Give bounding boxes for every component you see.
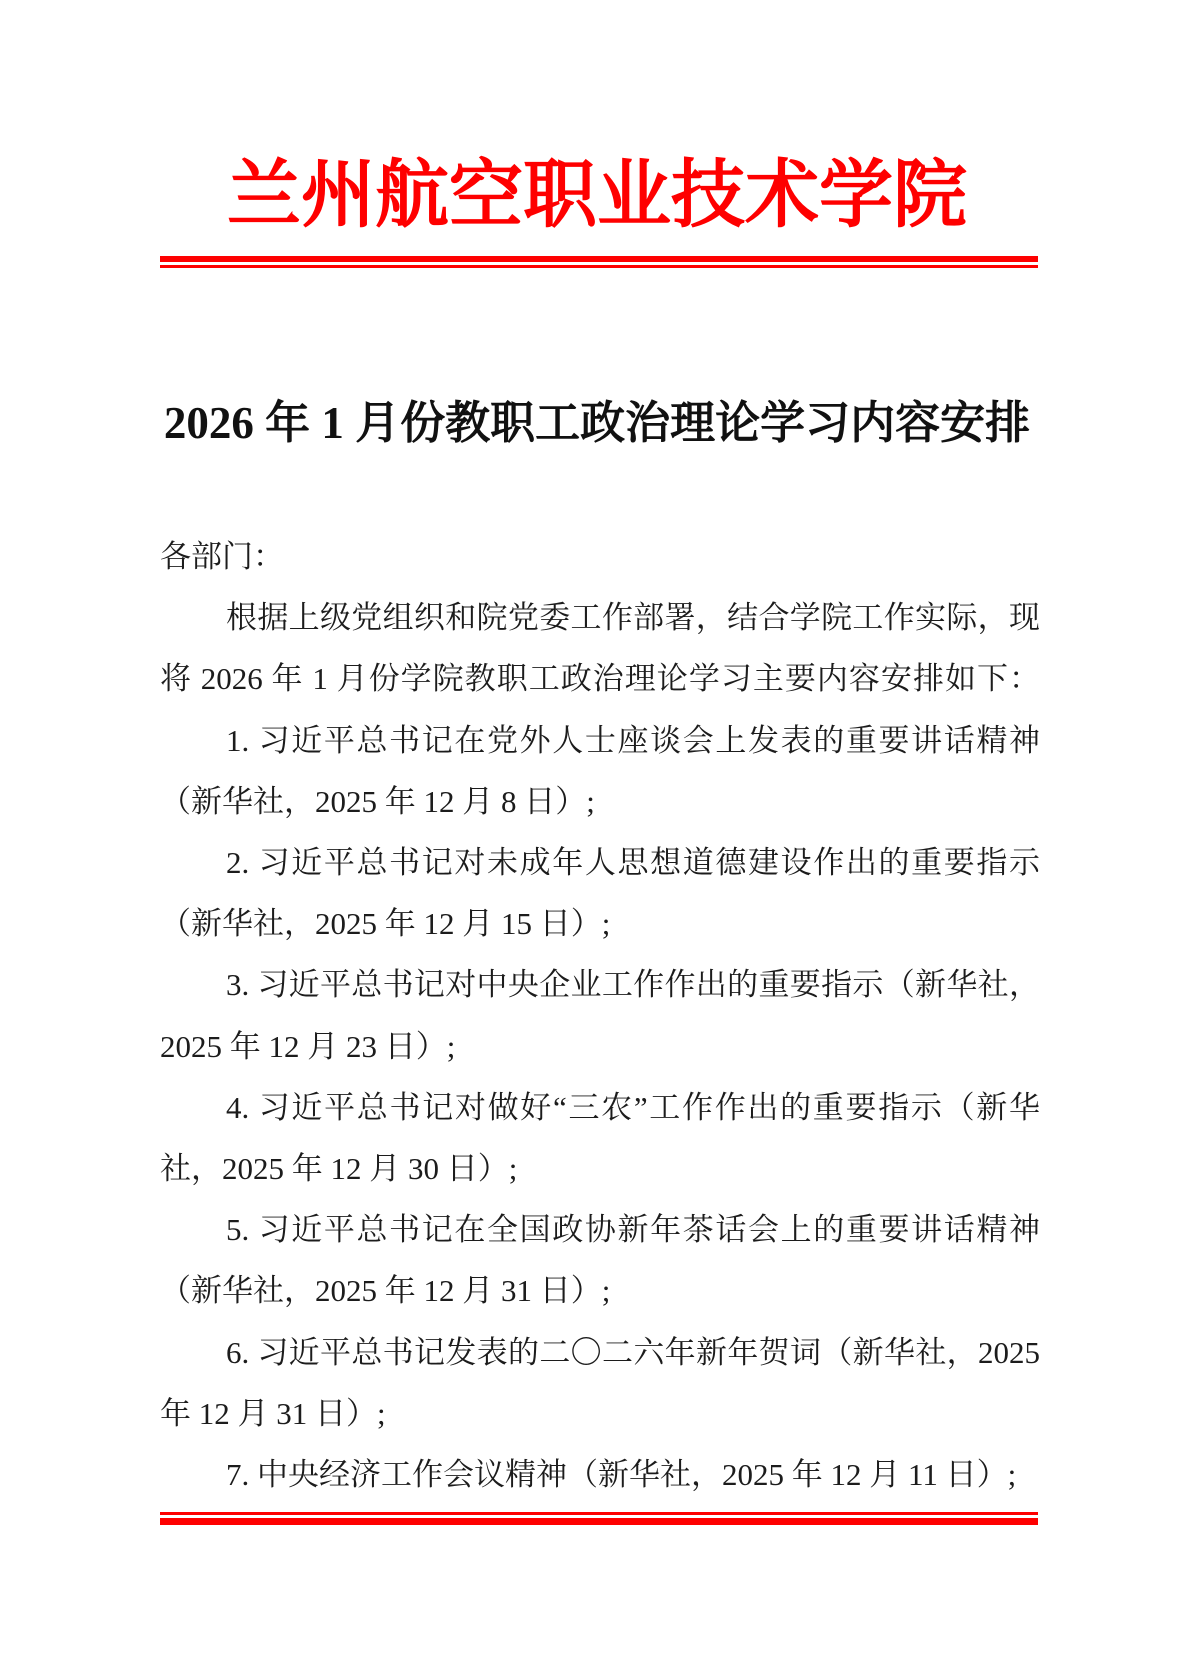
document-body: 各部门：根据上级党组织和院党委工作部署，结合学院工作实际，现将 2026 年 1… xyxy=(160,526,1040,1505)
body-line: 2. 习近平总书记对未成年人思想道德建设作出的重要指示 xyxy=(160,832,1040,893)
body-line: 6. 习近平总书记发表的二〇二六年新年贺词（新华社，2025 xyxy=(160,1322,1040,1383)
body-line: 1. 习近平总书记在党外人士座谈会上发表的重要讲话精神 xyxy=(160,710,1040,771)
letterhead-rule-thick xyxy=(160,256,1038,262)
footer-rule-thin xyxy=(160,1512,1038,1515)
letterhead-title: 兰州航空职业技术学院 xyxy=(0,148,1194,244)
body-line: 各部门： xyxy=(160,526,1040,587)
body-line: 7. 中央经济工作会议精神（新华社，2025 年 12 月 11 日）; xyxy=(160,1444,1040,1505)
body-line: 3. 习近平总书记对中央企业工作作出的重要指示（新华社， xyxy=(160,954,1040,1015)
body-line: （新华社，2025 年 12 月 31 日）; xyxy=(160,1260,1040,1321)
document-page: 兰州航空职业技术学院 2026 年 1 月份教职工政治理论学习内容安排 各部门：… xyxy=(0,0,1194,1677)
body-line: 4. 习近平总书记对做好“三农”工作作出的重要指示（新华 xyxy=(160,1077,1040,1138)
body-line: （新华社，2025 年 12 月 15 日）; xyxy=(160,893,1040,954)
body-line: 根据上级党组织和院党委工作部署，结合学院工作实际，现 xyxy=(160,587,1040,648)
body-line: （新华社，2025 年 12 月 8 日）; xyxy=(160,771,1040,832)
document-title: 2026 年 1 月份教职工政治理论学习内容安排 xyxy=(0,386,1194,451)
body-line: 社，2025 年 12 月 30 日）; xyxy=(160,1138,1040,1199)
body-line: 年 12 月 31 日）; xyxy=(160,1383,1040,1444)
letterhead-rule-thin xyxy=(160,265,1038,268)
body-line: 5. 习近平总书记在全国政协新年茶话会上的重要讲话精神 xyxy=(160,1199,1040,1260)
footer-rule-thick xyxy=(160,1518,1038,1525)
body-line: 将 2026 年 1 月份学院教职工政治理论学习主要内容安排如下： xyxy=(160,648,1040,709)
body-line: 2025 年 12 月 23 日）; xyxy=(160,1016,1040,1077)
